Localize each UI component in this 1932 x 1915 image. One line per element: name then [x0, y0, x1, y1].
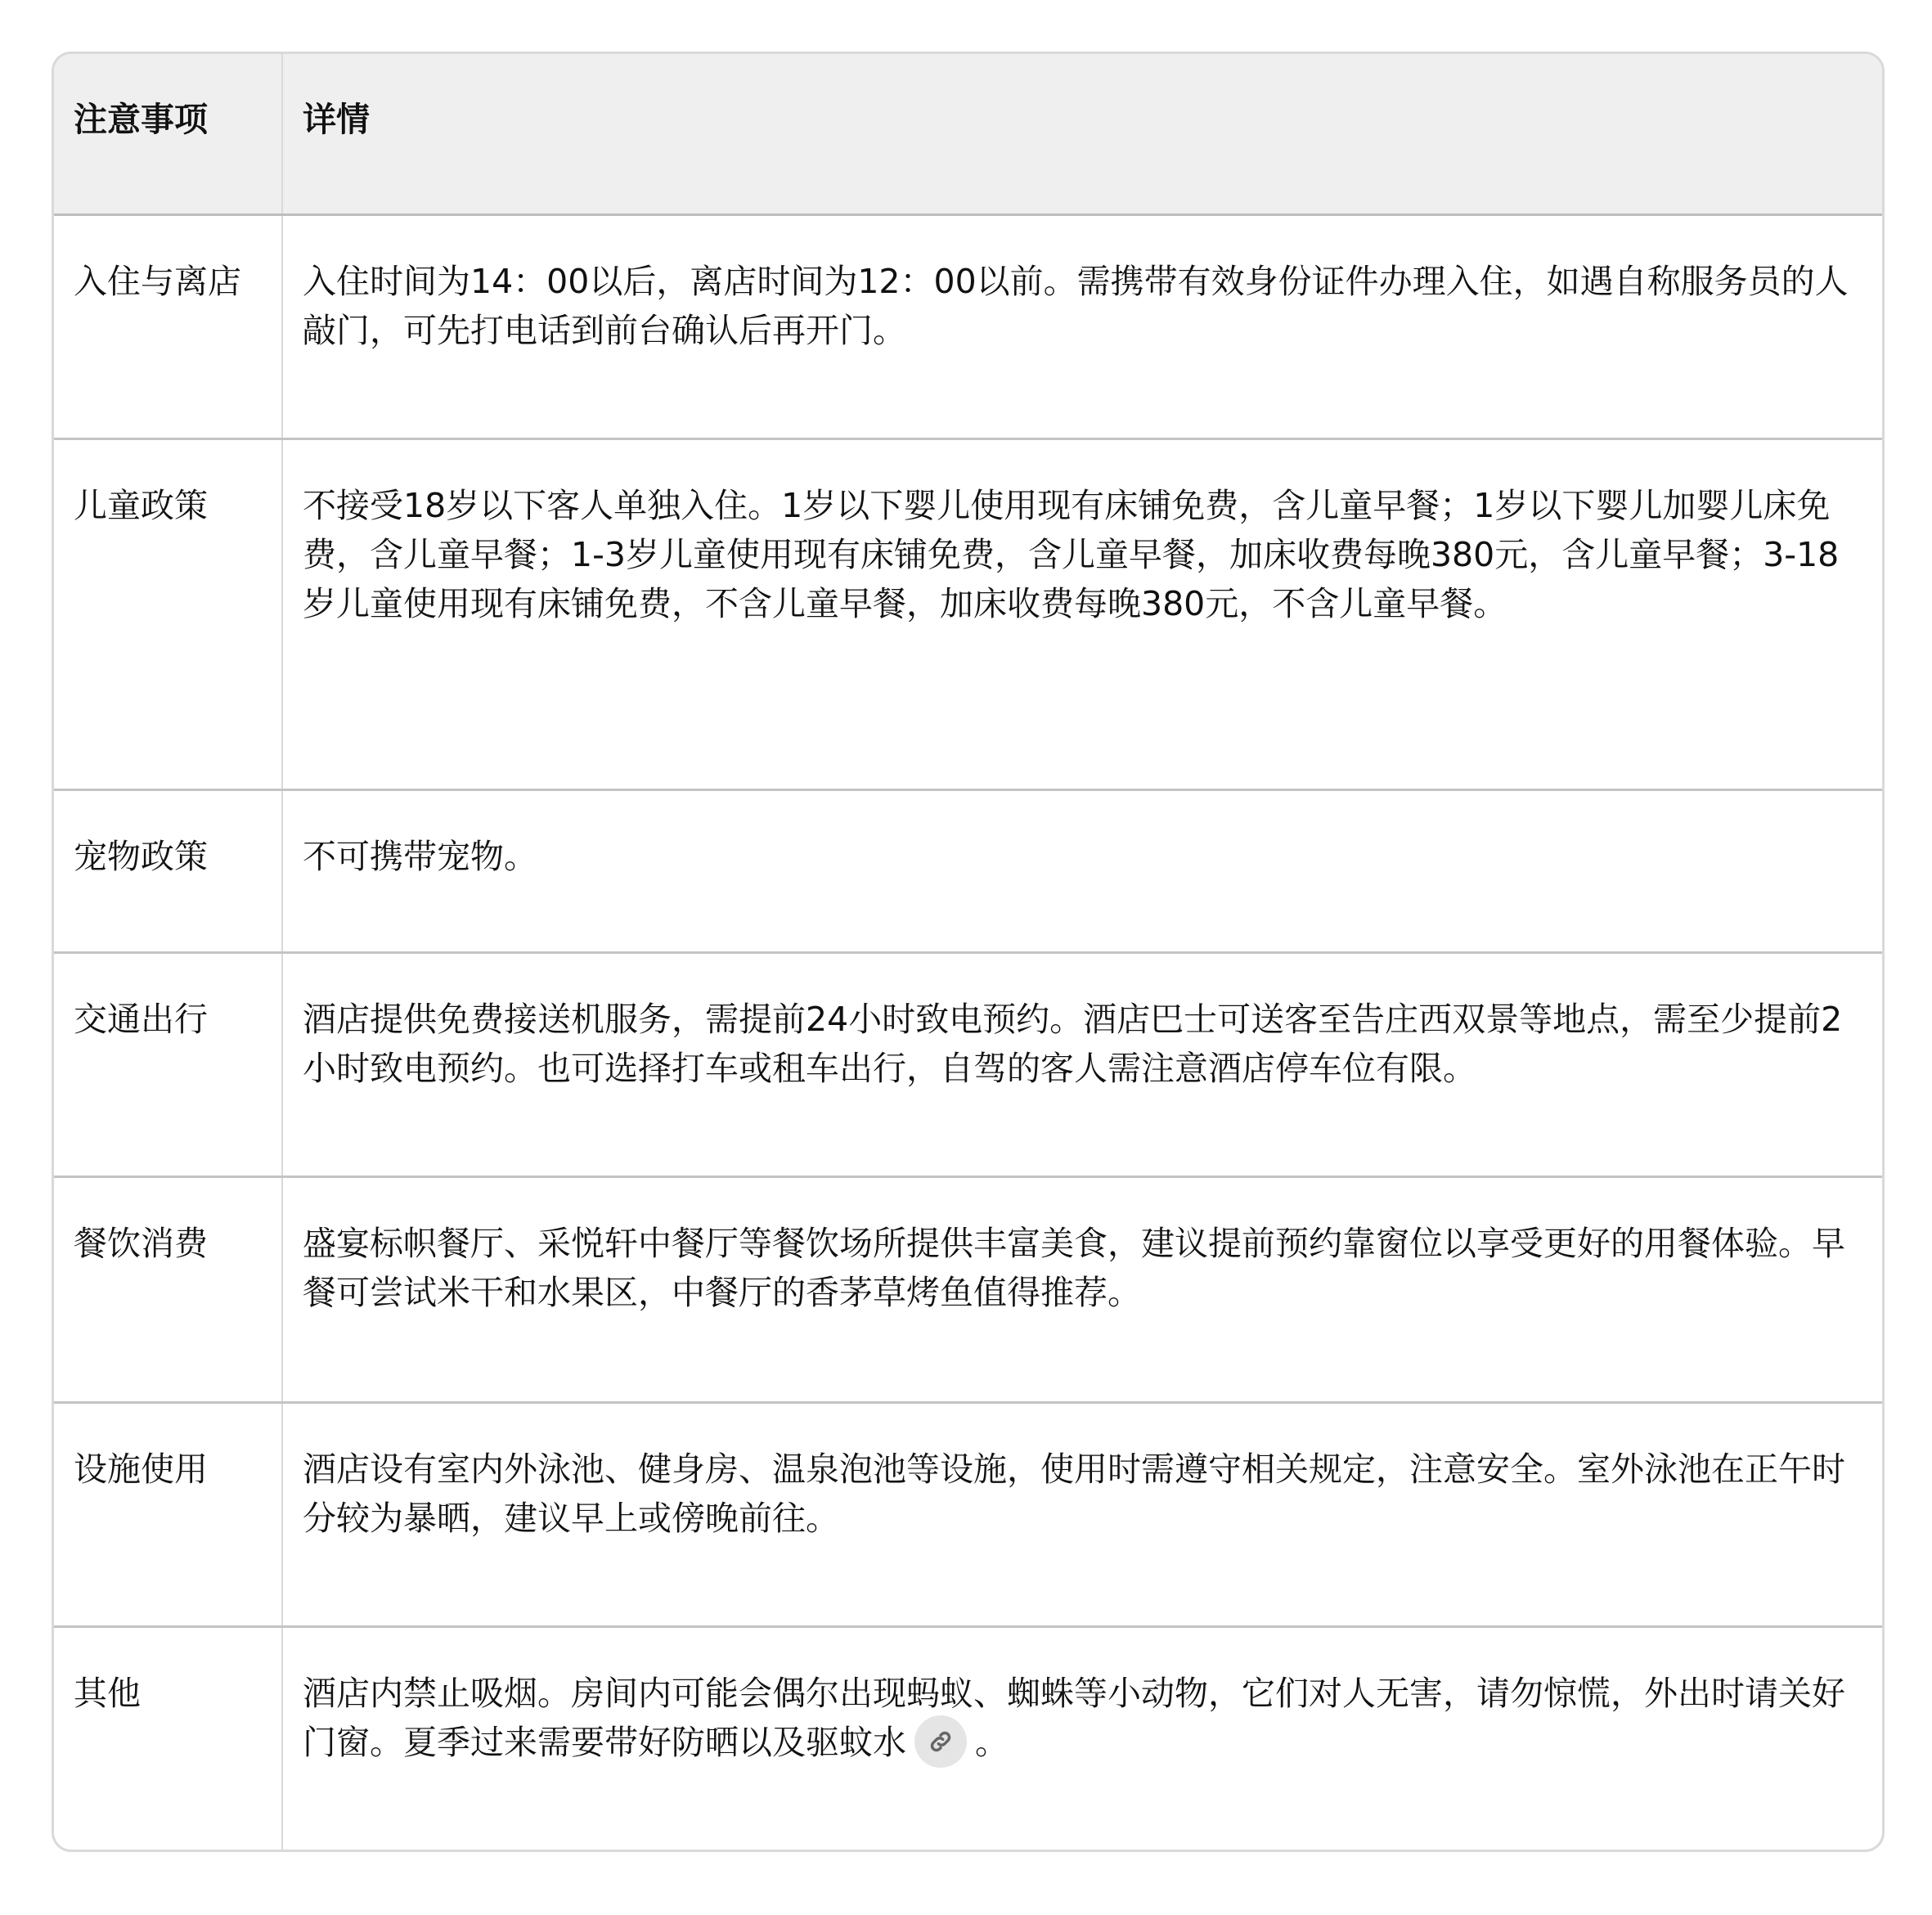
table-row: 餐饮消费 盛宴标帜餐厅、采悦轩中餐厅等餐饮场所提供丰富美食，建议提前预约靠窗位以… — [54, 1176, 1882, 1402]
row-label: 餐饮消费 — [54, 1176, 282, 1402]
row-detail-suffix: 。 — [975, 1723, 1009, 1762]
row-detail: 不接受18岁以下客人单独入住。1岁以下婴儿使用现有床铺免费，含儿童早餐；1岁以下… — [282, 438, 1882, 789]
row-label: 宠物政策 — [54, 789, 282, 952]
header-notes: 注意事项 — [54, 54, 282, 214]
row-detail: 酒店提供免费接送机服务，需提前24小时致电预约。酒店巴士可送客至告庄西双景等地点… — [282, 952, 1882, 1176]
table-row: 交通出行 酒店提供免费接送机服务，需提前24小时致电预约。酒店巴士可送客至告庄西… — [54, 952, 1882, 1176]
row-label: 设施使用 — [54, 1402, 282, 1626]
hotel-notes-table-container: 注意事项 详情 入住与离店 入住时间为14：00以后，离店时间为12：00以前。… — [52, 52, 1885, 1852]
table-row: 入住与离店 入住时间为14：00以后，离店时间为12：00以前。需携带有效身份证… — [54, 214, 1882, 438]
table-row: 儿童政策 不接受18岁以下客人单独入住。1岁以下婴儿使用现有床铺免费，含儿童早餐… — [54, 438, 1882, 789]
row-detail: 盛宴标帜餐厅、采悦轩中餐厅等餐饮场所提供丰富美食，建议提前预约靠窗位以享受更好的… — [282, 1176, 1882, 1402]
row-label: 其他 — [54, 1626, 282, 1850]
link-icon[interactable] — [914, 1715, 967, 1768]
table-header-row: 注意事项 详情 — [54, 54, 1882, 214]
table-row: 宠物政策 不可携带宠物。 — [54, 789, 1882, 952]
row-detail: 入住时间为14：00以后，离店时间为12：00以前。需携带有效身份证件办理入住，… — [282, 214, 1882, 438]
table-row: 设施使用 酒店设有室内外泳池、健身房、温泉泡池等设施，使用时需遵守相关规定，注意… — [54, 1402, 1882, 1626]
row-label: 交通出行 — [54, 952, 282, 1176]
header-details: 详情 — [282, 54, 1882, 214]
row-label: 儿童政策 — [54, 438, 282, 789]
hotel-notes-table: 注意事项 详情 入住与离店 入住时间为14：00以后，离店时间为12：00以前。… — [54, 54, 1882, 1850]
row-detail: 酒店内禁止吸烟。房间内可能会偶尔出现蚂蚁、蜘蛛等小动物，它们对人无害，请勿惊慌，… — [282, 1626, 1882, 1850]
row-detail: 酒店设有室内外泳池、健身房、温泉泡池等设施，使用时需遵守相关规定，注意安全。室外… — [282, 1402, 1882, 1626]
row-detail: 不可携带宠物。 — [282, 789, 1882, 952]
row-label: 入住与离店 — [54, 214, 282, 438]
table-row: 其他 酒店内禁止吸烟。房间内可能会偶尔出现蚂蚁、蜘蛛等小动物，它们对人无害，请勿… — [54, 1626, 1882, 1850]
row-detail-text: 酒店内禁止吸烟。房间内可能会偶尔出现蚂蚁、蜘蛛等小动物，它们对人无害，请勿惊慌，… — [303, 1674, 1845, 1762]
